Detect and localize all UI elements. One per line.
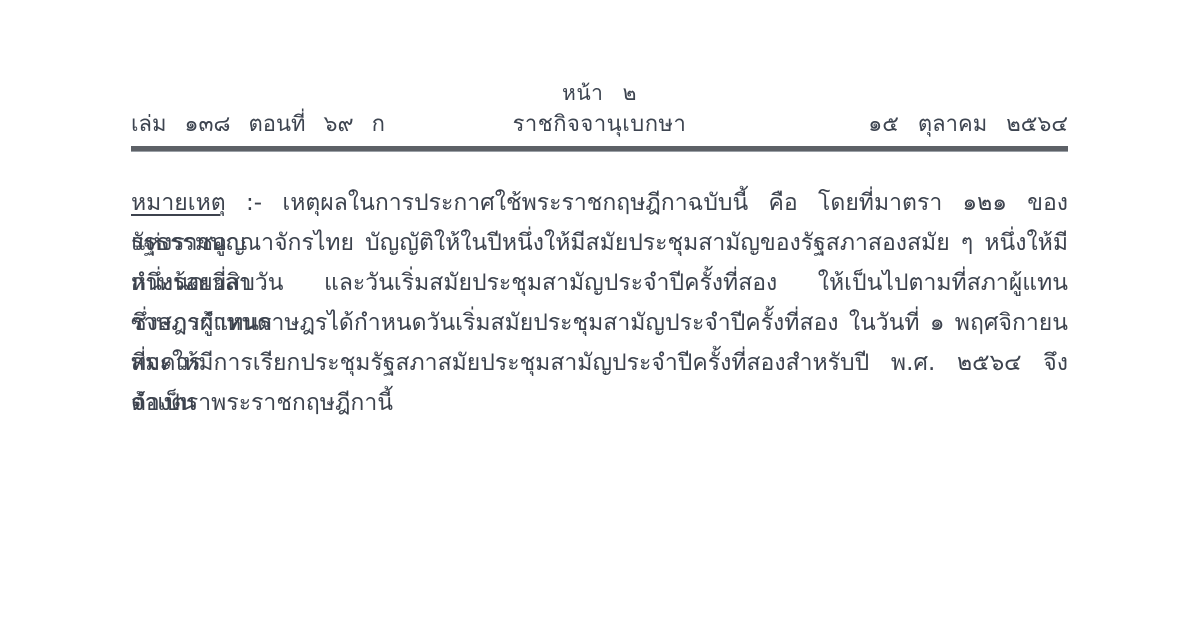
note-paragraph: หมายเหตุ :- เหตุผลในการประกาศใช้พระราชกฤ… <box>131 183 1068 423</box>
note-label: หมายเหตุ <box>131 190 226 216</box>
issue-date: ๑๕ ตุลาคม ๒๕๖๔ <box>868 110 1068 140</box>
gazette-masthead: เล่ม ๑๓๘ ตอนที่ ๖๙ ก ราชกิจจานุเบกษา ๑๕ … <box>131 110 1068 142</box>
gazette-title: ราชกิจจานุเบกษา <box>513 110 687 140</box>
volume-issue-info: เล่ม ๑๓๘ ตอนที่ ๖๙ ก <box>131 110 385 140</box>
header-divider-rule <box>131 146 1068 152</box>
gazette-page: หน้า ๒ เล่ม ๑๓๘ ตอนที่ ๖๙ ก ราชกิจจานุเบ… <box>0 0 1200 620</box>
page-number: หน้า ๒ <box>131 80 1068 106</box>
note-line: ต้องตราพระราชกฤษฎีกานี้ <box>131 383 1068 423</box>
note-line: หมายเหตุ :- เหตุผลในการประกาศใช้พระราชกฤ… <box>131 183 1068 223</box>
note-line: ซึ่งสภาผู้แทนราษฎรได้กำหนดวันเริ่มสมัยปร… <box>131 303 1068 343</box>
note-line: ที่จะให้มีการเรียกประชุมรัฐสภาสมัยประชุม… <box>131 343 1068 383</box>
note-line: แห่งราชอาณาจักรไทย บัญญัติให้ในปีหนึ่งให… <box>131 223 1068 263</box>
note-line: หนึ่งร้อยยี่สิบวัน และวันเริ่มสมัยประชุม… <box>131 263 1068 303</box>
